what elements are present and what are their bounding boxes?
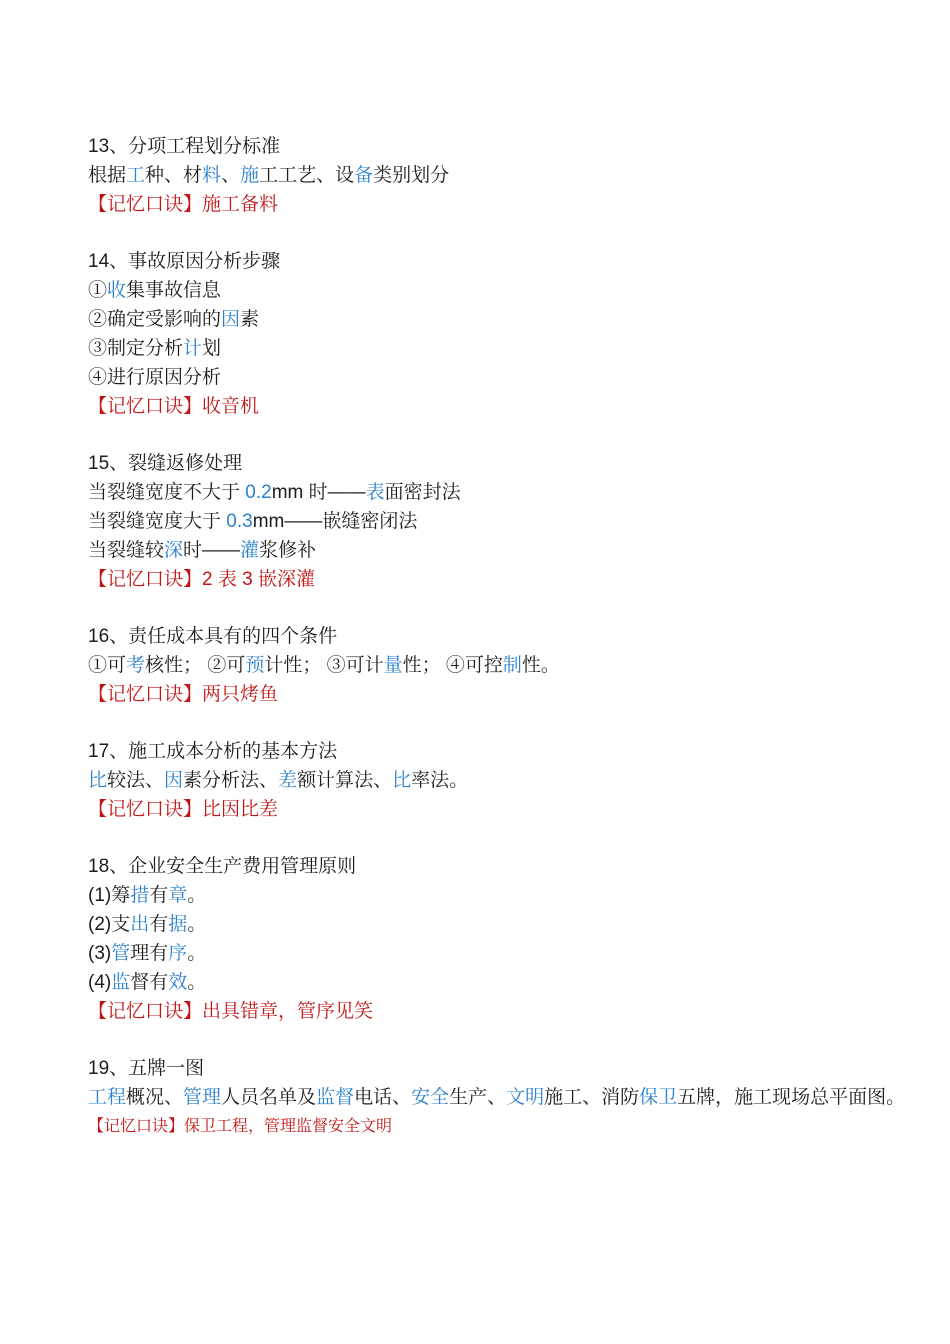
mnemonic-text: 两只烤鱼 bbox=[202, 684, 278, 705]
body-text: 较法、 bbox=[107, 770, 164, 791]
body-text: 人员名单及 bbox=[221, 1087, 316, 1108]
body-text: (4) bbox=[88, 972, 111, 993]
highlight-text: 备 bbox=[354, 165, 373, 186]
item-line: (4)监督有效。 bbox=[88, 968, 862, 997]
item-line: 当裂缝宽度大于 0.3mm——嵌缝密闭法 bbox=[88, 507, 862, 536]
highlight-text: 保卫 bbox=[639, 1087, 677, 1108]
body-text: 浆修补 bbox=[259, 540, 316, 561]
mnemonic-text: 收音机 bbox=[202, 396, 259, 417]
highlight-text: 比 bbox=[392, 770, 411, 791]
body-text: mm——嵌缝密闭法 bbox=[253, 511, 418, 532]
note-item-block: 18、企业安全生产费用管理原则(1)筹措有章。(2)支出有据。(3)管理有序。(… bbox=[88, 852, 862, 1026]
body-text: 核性； ②可 bbox=[145, 655, 245, 676]
highlight-text: 考 bbox=[126, 655, 145, 676]
mnemonic-line: 【记忆口诀】施工备料 bbox=[88, 190, 862, 219]
highlight-text: 工 bbox=[126, 165, 145, 186]
mnemonic-label: 【记忆口诀】 bbox=[88, 194, 202, 215]
item-line: ①可考核性； ②可预计性； ③可计量性； ④可控制性。 bbox=[88, 651, 862, 680]
body-text: 、 bbox=[221, 165, 240, 186]
body-text: (2)支 bbox=[88, 914, 130, 935]
mnemonic-line: 【记忆口诀】保卫工程，管理监督安全文明 bbox=[88, 1112, 862, 1141]
mnemonic-label: 【记忆口诀】 bbox=[88, 396, 202, 417]
highlight-text: 深 bbox=[164, 540, 183, 561]
body-text: ① bbox=[88, 280, 107, 301]
item-title: 17、施工成本分析的基本方法 bbox=[88, 737, 862, 766]
item-line: 根据工种、材料、施工工艺、设备类别划分 bbox=[88, 161, 862, 190]
body-text: 当裂缝较 bbox=[88, 540, 164, 561]
highlight-text: 料 bbox=[202, 165, 221, 186]
note-item-block: 19、五牌一图工程概况、管理人员名单及监督电话、安全生产、文明施工、消防保卫五牌… bbox=[88, 1054, 862, 1141]
highlight-text: 预 bbox=[245, 655, 264, 676]
mnemonic-label: 【记忆口诀】 bbox=[88, 569, 202, 590]
body-text: 理有 bbox=[130, 943, 168, 964]
item-line: 工程概况、管理人员名单及监督电话、安全生产、文明施工、消防保卫五牌，施工现场总平… bbox=[88, 1083, 862, 1112]
body-text: 工工艺、设 bbox=[259, 165, 354, 186]
mnemonic-text: 2 表 3 嵌深灌 bbox=[202, 569, 315, 590]
body-text: 额计算法、 bbox=[297, 770, 392, 791]
mnemonic-text: 保卫工程，管理监督安全文明 bbox=[184, 1118, 392, 1135]
body-text: 计性； ③可计 bbox=[264, 655, 383, 676]
highlight-text: 管理 bbox=[183, 1087, 221, 1108]
highlight-text: 管 bbox=[111, 943, 130, 964]
body-text: 类别划分 bbox=[373, 165, 449, 186]
body-text: 当裂缝宽度大于 bbox=[88, 511, 226, 532]
item-title: 18、企业安全生产费用管理原则 bbox=[88, 852, 862, 881]
highlight-text: 比 bbox=[88, 770, 107, 791]
highlight-text: 据 bbox=[168, 914, 187, 935]
body-text: ②确定受影响的 bbox=[88, 309, 221, 330]
item-line: (2)支出有据。 bbox=[88, 910, 862, 939]
mnemonic-line: 【记忆口诀】收音机 bbox=[88, 392, 862, 421]
highlight-text: 工程 bbox=[88, 1087, 126, 1108]
note-item-block: 16、责任成本具有的四个条件①可考核性； ②可预计性； ③可计量性； ④可控制性… bbox=[88, 622, 862, 709]
document-page: 13、分项工程划分标准根据工种、材料、施工工艺、设备类别划分【记忆口诀】施工备料… bbox=[0, 0, 950, 1344]
body-text: mm 时—— bbox=[272, 482, 366, 503]
body-text: 五牌，施工现场总平面图。 bbox=[677, 1087, 905, 1108]
body-text: 有 bbox=[149, 914, 168, 935]
body-text: 性； ④可控 bbox=[403, 655, 503, 676]
note-item-block: 15、裂缝返修处理当裂缝宽度不大于 0.2mm 时——表面密封法当裂缝宽度大于 … bbox=[88, 449, 862, 594]
body-text: 时—— bbox=[183, 540, 240, 561]
highlight-text: 因 bbox=[164, 770, 183, 791]
mnemonic-text: 施工备料 bbox=[202, 194, 278, 215]
highlight-text: 0.2 bbox=[245, 482, 271, 503]
item-title: 19、五牌一图 bbox=[88, 1054, 862, 1083]
item-line: ④进行原因分析 bbox=[88, 363, 862, 392]
mnemonic-line: 【记忆口诀】两只烤鱼 bbox=[88, 680, 862, 709]
highlight-text: 监督 bbox=[316, 1087, 354, 1108]
body-text: 种、材 bbox=[145, 165, 202, 186]
body-text: 。 bbox=[187, 914, 206, 935]
mnemonic-line: 【记忆口诀】比因比差 bbox=[88, 795, 862, 824]
highlight-text: 出 bbox=[130, 914, 149, 935]
body-text: 有 bbox=[149, 885, 168, 906]
item-line: (1)筹措有章。 bbox=[88, 881, 862, 910]
body-text: 集事故信息 bbox=[126, 280, 221, 301]
note-item-block: 17、施工成本分析的基本方法比较法、因素分析法、差额计算法、比率法。【记忆口诀】… bbox=[88, 737, 862, 824]
highlight-text: 计 bbox=[183, 338, 202, 359]
body-text: 电话、 bbox=[354, 1087, 411, 1108]
mnemonic-label: 【记忆口诀】 bbox=[88, 1001, 202, 1022]
body-text: 督有 bbox=[130, 972, 168, 993]
body-text: 生产、 bbox=[449, 1087, 506, 1108]
highlight-text: 序 bbox=[168, 943, 187, 964]
item-line: 比较法、因素分析法、差额计算法、比率法。 bbox=[88, 766, 862, 795]
mnemonic-line: 【记忆口诀】出具错章，管序见笑 bbox=[88, 997, 862, 1026]
highlight-text: 表 bbox=[366, 482, 385, 503]
highlight-text: 效 bbox=[168, 972, 187, 993]
item-line: 当裂缝较深时——灌浆修补 bbox=[88, 536, 862, 565]
note-item-block: 13、分项工程划分标准根据工种、材料、施工工艺、设备类别划分【记忆口诀】施工备料 bbox=[88, 132, 862, 219]
body-text: 。 bbox=[187, 885, 206, 906]
item-title: 16、责任成本具有的四个条件 bbox=[88, 622, 862, 651]
body-text: 根据 bbox=[88, 165, 126, 186]
item-title: 14、事故原因分析步骤 bbox=[88, 247, 862, 276]
highlight-text: 监 bbox=[111, 972, 130, 993]
mnemonic-label: 【记忆口诀】 bbox=[88, 684, 202, 705]
body-text: 当裂缝宽度不大于 bbox=[88, 482, 245, 503]
highlight-text: 文明 bbox=[506, 1087, 544, 1108]
highlight-text: 制 bbox=[503, 655, 522, 676]
body-text: (1)筹 bbox=[88, 885, 130, 906]
body-text: 率法。 bbox=[411, 770, 468, 791]
item-title: 15、裂缝返修处理 bbox=[88, 449, 862, 478]
body-text: 。 bbox=[187, 972, 206, 993]
highlight-text: 量 bbox=[384, 655, 403, 676]
highlight-text: 收 bbox=[107, 280, 126, 301]
highlight-text: 因 bbox=[221, 309, 240, 330]
item-line: ①收集事故信息 bbox=[88, 276, 862, 305]
item-line: (3)管理有序。 bbox=[88, 939, 862, 968]
body-text: 素分析法、 bbox=[183, 770, 278, 791]
item-line: 当裂缝宽度不大于 0.2mm 时——表面密封法 bbox=[88, 478, 862, 507]
body-text: 。 bbox=[187, 943, 206, 964]
item-title: 13、分项工程划分标准 bbox=[88, 132, 862, 161]
body-text: 划 bbox=[202, 338, 221, 359]
body-text: 施工、消防 bbox=[544, 1087, 639, 1108]
body-text: ④进行原因分析 bbox=[88, 367, 221, 388]
highlight-text: 0.3 bbox=[226, 511, 252, 532]
highlight-text: 灌 bbox=[240, 540, 259, 561]
highlight-text: 措 bbox=[130, 885, 149, 906]
highlight-text: 章 bbox=[168, 885, 187, 906]
mnemonic-label: 【记忆口诀】 bbox=[88, 1118, 184, 1135]
mnemonic-text: 出具错章，管序见笑 bbox=[202, 1001, 373, 1022]
item-line: ③制定分析计划 bbox=[88, 334, 862, 363]
highlight-text: 差 bbox=[278, 770, 297, 791]
body-text: (3) bbox=[88, 943, 111, 964]
mnemonic-text: 比因比差 bbox=[202, 799, 278, 820]
body-text: ①可 bbox=[88, 655, 126, 676]
note-item-block: 14、事故原因分析步骤①收集事故信息②确定受影响的因素③制定分析计划④进行原因分… bbox=[88, 247, 862, 421]
highlight-text: 安全 bbox=[411, 1087, 449, 1108]
body-text: 面密封法 bbox=[385, 482, 461, 503]
mnemonic-line: 【记忆口诀】2 表 3 嵌深灌 bbox=[88, 565, 862, 594]
mnemonic-label: 【记忆口诀】 bbox=[88, 799, 202, 820]
body-text: 素 bbox=[240, 309, 259, 330]
highlight-text: 施 bbox=[240, 165, 259, 186]
item-line: ②确定受影响的因素 bbox=[88, 305, 862, 334]
body-text: ③制定分析 bbox=[88, 338, 183, 359]
body-text: 性。 bbox=[522, 655, 560, 676]
body-text: 概况、 bbox=[126, 1087, 183, 1108]
